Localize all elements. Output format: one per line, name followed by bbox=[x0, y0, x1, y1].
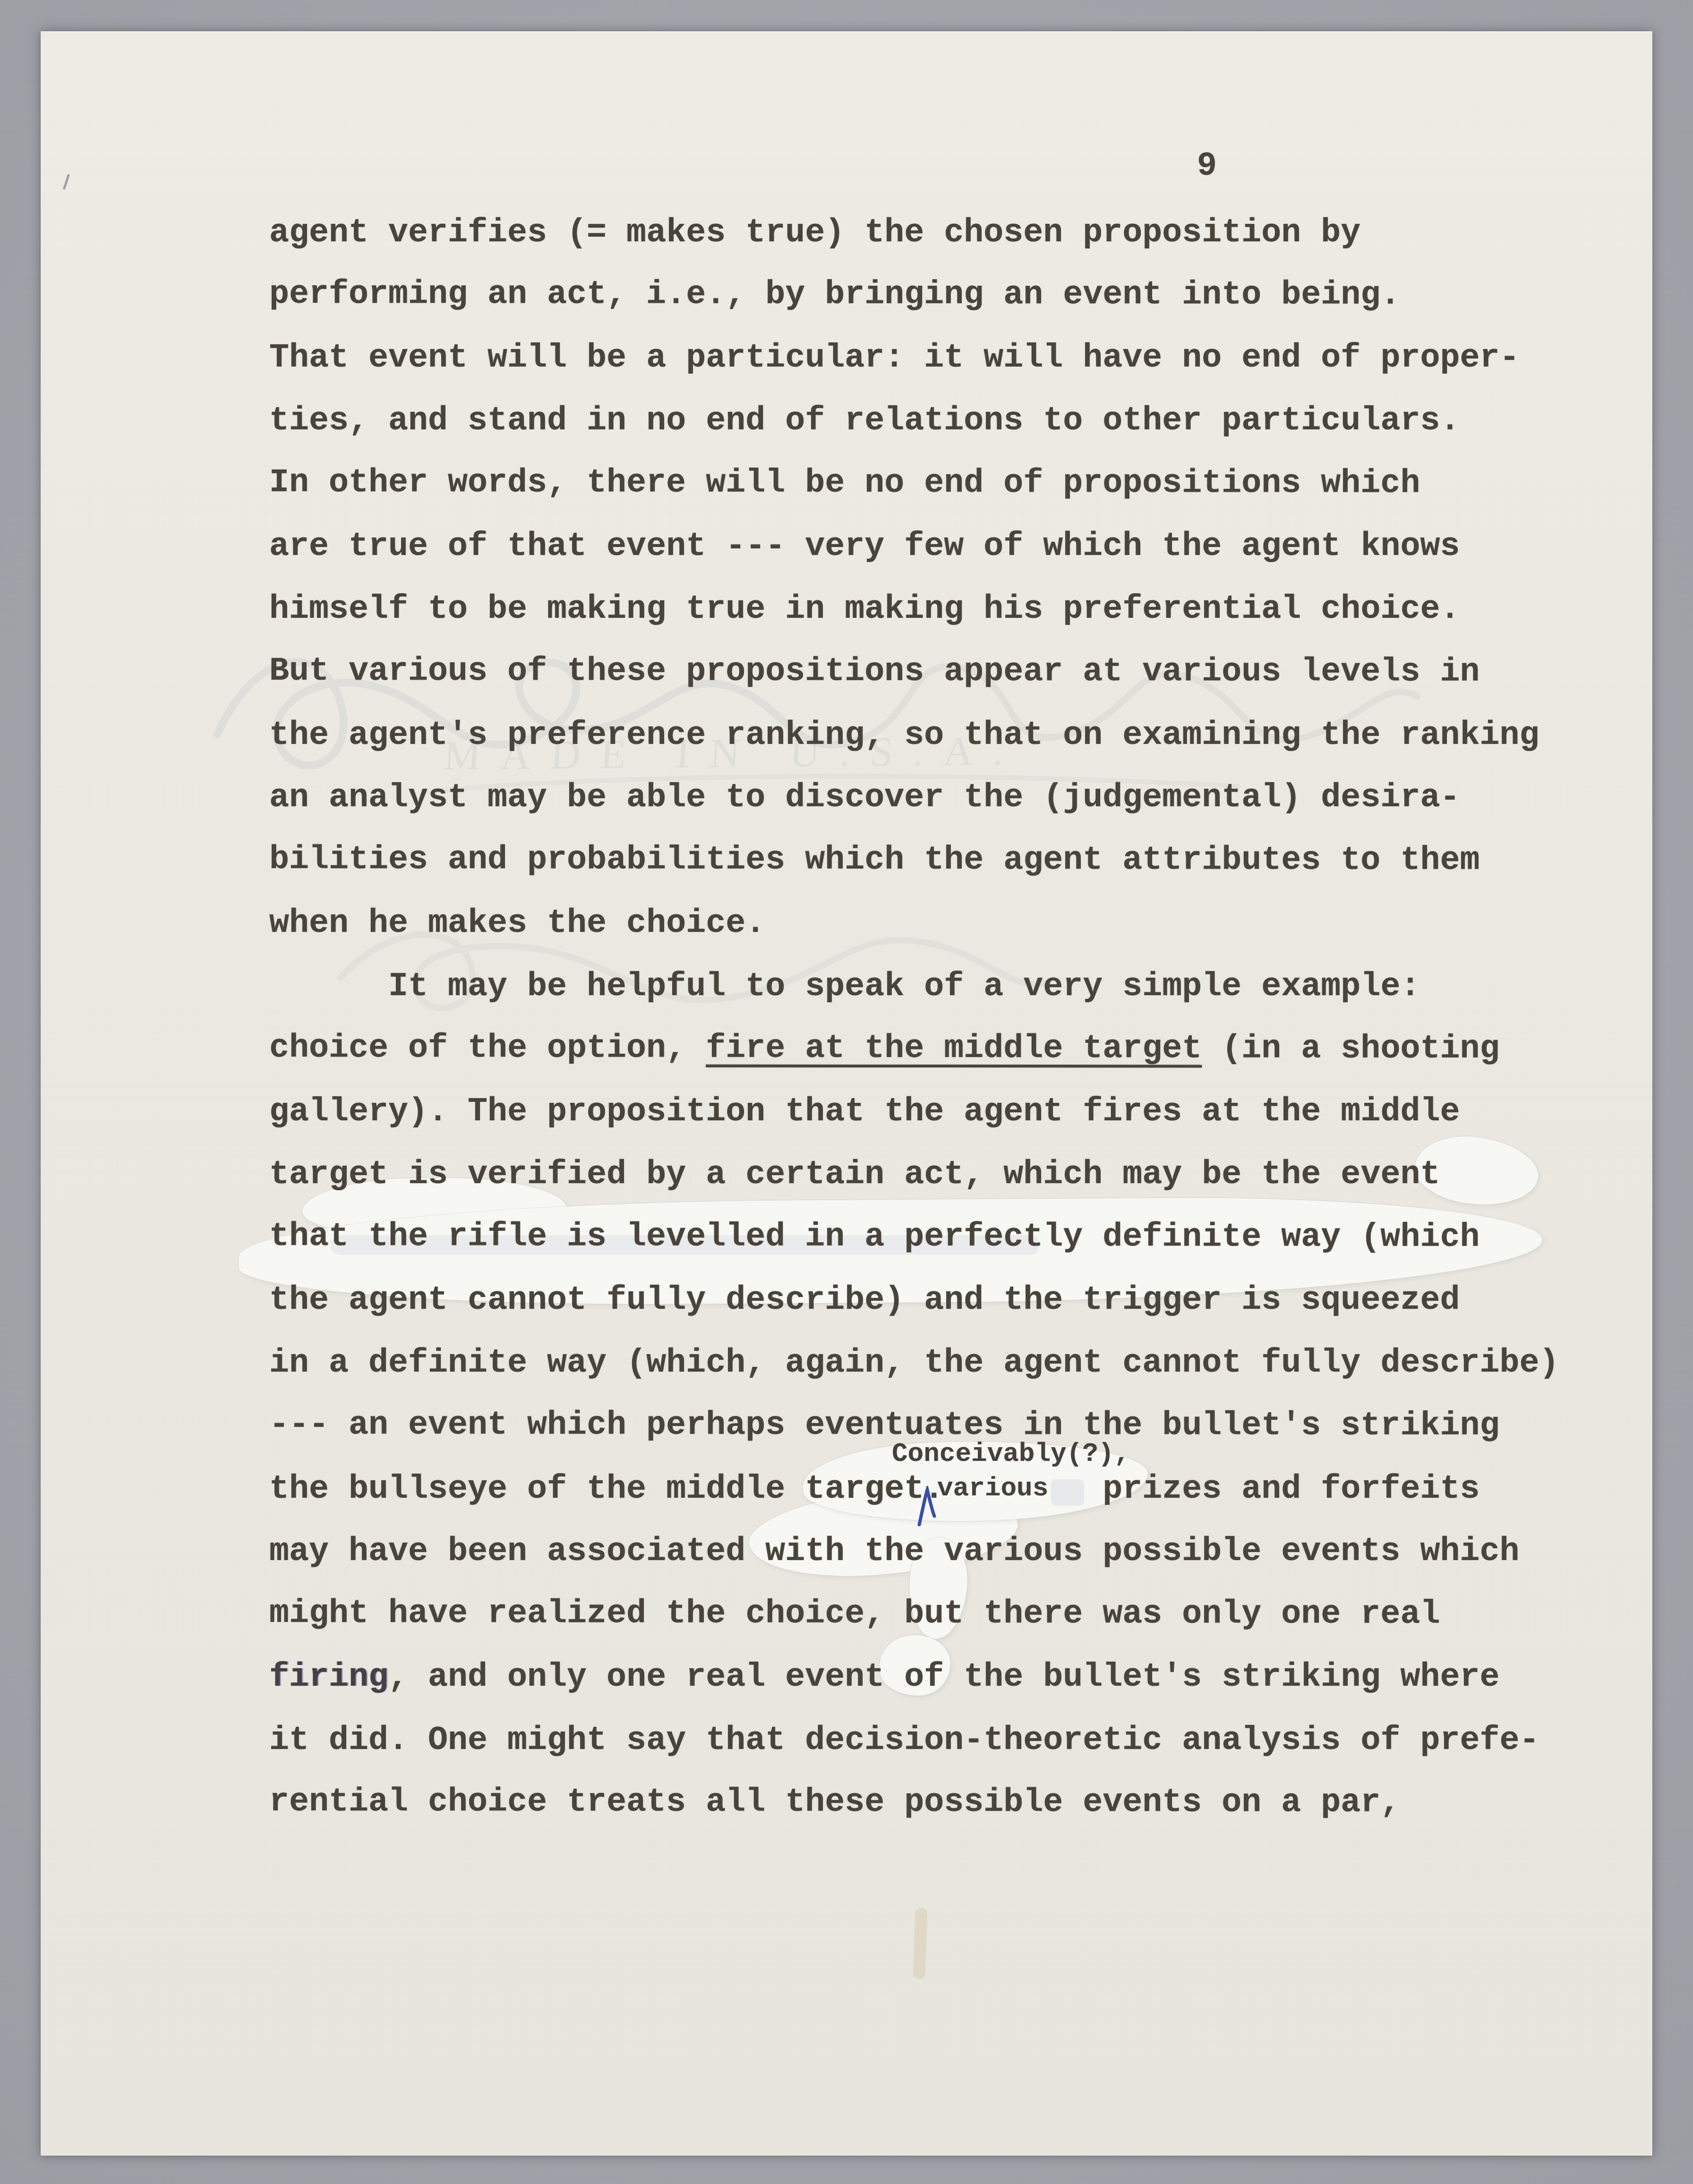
typed-segment: choice of the option, bbox=[269, 1030, 706, 1067]
typed-line: gallery). The proposition that the agent… bbox=[269, 1081, 1559, 1143]
typed-segment: gallery). The proposition that the agent… bbox=[269, 1093, 1460, 1131]
typed-segment: that the rifle is levelled in a perfectl… bbox=[269, 1218, 1479, 1256]
typed-segment: , and only one real event of the bullet'… bbox=[388, 1659, 1499, 1696]
typed-segment: the bullseye of the middle target. prize… bbox=[269, 1471, 1479, 1508]
typed-line: In other words, there will be no end of … bbox=[269, 452, 1559, 515]
typed-line: But various of these propositions appear… bbox=[269, 640, 1559, 704]
typed-line: it did. One might say that decision-theo… bbox=[269, 1709, 1559, 1772]
underlined-phrase: fire at the middle target bbox=[706, 1030, 1202, 1068]
typed-text: agent verifies (= makes true) the chosen… bbox=[269, 201, 1559, 1834]
typed-line: the agent cannot fully describe) and the… bbox=[269, 1269, 1559, 1332]
typed-segment: (in a shooting bbox=[1202, 1030, 1499, 1067]
typed-line: the agent's preference ranking, so that … bbox=[269, 704, 1559, 767]
insertion-label: Conceivably(?), bbox=[892, 1441, 1130, 1467]
typed-line: when he makes the choice. bbox=[269, 892, 1559, 955]
typed-segment: the agent's preference ranking, so that … bbox=[269, 717, 1539, 754]
typed-segment: It may be helpful to speak of a very sim… bbox=[269, 968, 1420, 1006]
typed-line: bilities and probabilities which the age… bbox=[269, 828, 1559, 892]
typed-segment: performing an act, i.e., by bringing an … bbox=[269, 276, 1400, 314]
typed-segment: That event will be a particular: it will… bbox=[269, 340, 1519, 377]
typed-line: might have realized the choice, but ther… bbox=[269, 1582, 1559, 1646]
typed-line: It may be helpful to speak of a very sim… bbox=[269, 955, 1559, 1018]
insert-caret-mark bbox=[915, 1486, 937, 1528]
typed-segment: ties, and stand in no end of relations t… bbox=[269, 402, 1460, 440]
overtyped-word: firing bbox=[269, 1659, 388, 1696]
typed-line: are true of that event --- very few of w… bbox=[269, 515, 1559, 578]
page-number: 9 bbox=[1197, 150, 1217, 183]
typed-line: himself to be making true in making his … bbox=[269, 578, 1559, 641]
typed-line: choice of the option, fire at the middle… bbox=[269, 1017, 1559, 1081]
typed-segment: In other words, there will be no end of … bbox=[269, 464, 1420, 503]
typed-segment: the agent cannot fully describe) and the… bbox=[269, 1282, 1460, 1319]
typed-segment: agent verifies (= makes true) the chosen… bbox=[269, 214, 1360, 252]
typed-line: may have been associated with the variou… bbox=[269, 1520, 1559, 1583]
typed-segment: rential choice treats all these possible… bbox=[269, 1783, 1400, 1822]
typed-line: ties, and stand in no end of relations t… bbox=[269, 390, 1559, 452]
stain-mark bbox=[913, 1908, 927, 1979]
typed-segment: are true of that event --- very few of w… bbox=[269, 528, 1460, 565]
typed-line: rential choice treats all these possible… bbox=[269, 1771, 1559, 1834]
typed-segment: bilities and probabilities which the age… bbox=[269, 841, 1479, 879]
typed-segment: may have been associated with the variou… bbox=[269, 1533, 1519, 1570]
typed-segment: when he makes the choice. bbox=[269, 905, 765, 942]
typed-line: That event will be a particular: it will… bbox=[269, 327, 1559, 390]
typed-line: an analyst may be able to discover the (… bbox=[269, 767, 1559, 829]
typed-segment: it did. One might say that decision-theo… bbox=[269, 1722, 1539, 1759]
typed-line: agent verifies (= makes true) the chosen… bbox=[269, 202, 1559, 264]
typed-segment: in a definite way (which, again, the age… bbox=[269, 1345, 1559, 1382]
typed-segment: might have realized the choice, but ther… bbox=[269, 1595, 1440, 1633]
typed-segment: --- an event which perhaps eventuates in… bbox=[269, 1407, 1499, 1445]
typed-segment: target is verified by a certain act, whi… bbox=[269, 1156, 1440, 1194]
typed-line: that the rifle is levelled in a perfectl… bbox=[269, 1205, 1559, 1269]
typed-segment: But various of these propositions appear… bbox=[269, 653, 1479, 691]
typed-segment: himself to be making true in making his … bbox=[269, 591, 1460, 628]
scanned-document-page: { "page": { "number": "9", "background_c… bbox=[0, 0, 1693, 2184]
typed-segment: an analyst may be able to discover the (… bbox=[269, 779, 1460, 817]
typed-line: target is verified by a certain act, whi… bbox=[269, 1143, 1559, 1206]
inserted-word: various bbox=[937, 1475, 1048, 1501]
typed-line: performing an act, i.e., by bringing an … bbox=[269, 263, 1559, 327]
typed-line: in a definite way (which, again, the age… bbox=[269, 1332, 1559, 1395]
typed-line: firing, and only one real event of the b… bbox=[269, 1646, 1559, 1709]
